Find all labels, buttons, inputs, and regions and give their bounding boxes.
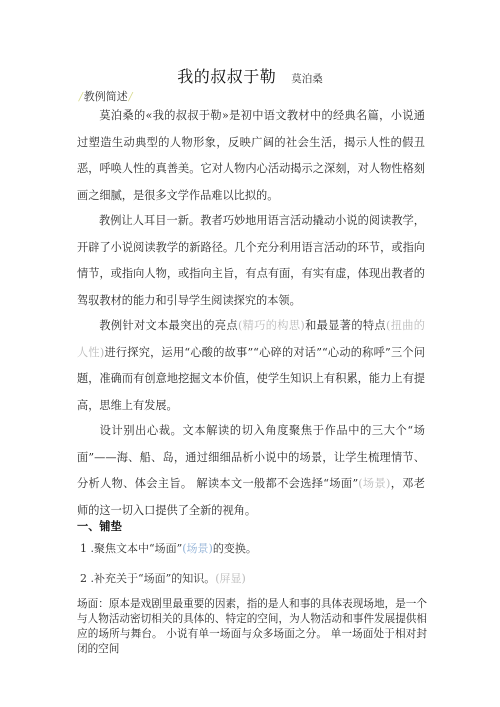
definition-paragraph: 场面：原本是戏剧里最重要的因素，指的是人和事的具体表现场地，是一个与人物活动密切… xyxy=(77,597,427,657)
section-heading: 一、铺垫 xyxy=(77,518,122,534)
document-author: 莫泊桑 xyxy=(291,73,323,85)
section-tag-label: 教例简述 xyxy=(84,90,128,103)
paragraph-text: 进行探究，运用“心酸的故事”“心碎的对话”“心动的称呼”三个问题，准确而有创意地… xyxy=(77,346,425,412)
annotation-note: (精巧的构思) xyxy=(238,319,305,332)
list-item: 2 .补充关于“场面”的知识。(屏显) xyxy=(80,570,246,586)
document-page: 我的叔叔于勒 莫泊桑 /教例简述/ 莫泊桑的«我的叔叔于勒»是初中语文教材中的经… xyxy=(0,0,500,707)
paragraph-design: 设计别出心裁。文本解读的切入角度聚焦于作品中的三大个“场面”——海、船、岛，通过… xyxy=(77,418,425,524)
item-text: 补充关于“场面”的知识。 xyxy=(94,572,215,585)
item-number: 2 . xyxy=(80,572,94,585)
paragraph-focus: 教例针对文本最突出的亮点(精巧的构思)和最显著的特点(扭曲的人性)进行探究，运用… xyxy=(77,313,425,419)
paragraph-text: 教例让人耳目一新。教者巧妙地用语言活动撬动小说的阅读教学，开辟了小说阅读教学的新… xyxy=(77,214,425,307)
paragraph-text: 和最显著的特点 xyxy=(305,319,386,332)
item-text: 聚焦文本中“场面” xyxy=(94,542,182,555)
annotation-note: (场景) xyxy=(358,477,390,490)
item-number: 1 . xyxy=(80,542,94,555)
tag-slash-right-icon: / xyxy=(129,90,133,103)
annotation-note: (场景) xyxy=(182,542,213,555)
list-item: 1 .聚焦文本中“场面”(场景)的变换。 xyxy=(80,540,257,556)
paragraph-text: 教例针对文本最突出的亮点 xyxy=(99,319,238,332)
paragraph-intro: 莫泊桑的«我的叔叔于勒»是初中语文教材中的经典名篇，小说通过塑造生动典型的人物形… xyxy=(77,103,425,209)
paragraph-text: 莫泊桑的«我的叔叔于勒»是初中语文教材中的经典名篇，小说通过塑造生动典型的人物形… xyxy=(77,109,425,202)
tag-slash-left-icon: / xyxy=(79,90,83,103)
annotation-note: (屏显) xyxy=(215,572,246,585)
paragraph-novelty: 教例让人耳目一新。教者巧妙地用语言活动撬动小说的阅读教学，开辟了小说阅读教学的新… xyxy=(77,208,425,314)
title-row: 我的叔叔于勒 莫泊桑 xyxy=(0,64,500,87)
section-tag: /教例简述/ xyxy=(78,88,133,104)
document-title: 我的叔叔于勒 xyxy=(177,67,276,86)
item-text: 的变换。 xyxy=(213,542,257,555)
